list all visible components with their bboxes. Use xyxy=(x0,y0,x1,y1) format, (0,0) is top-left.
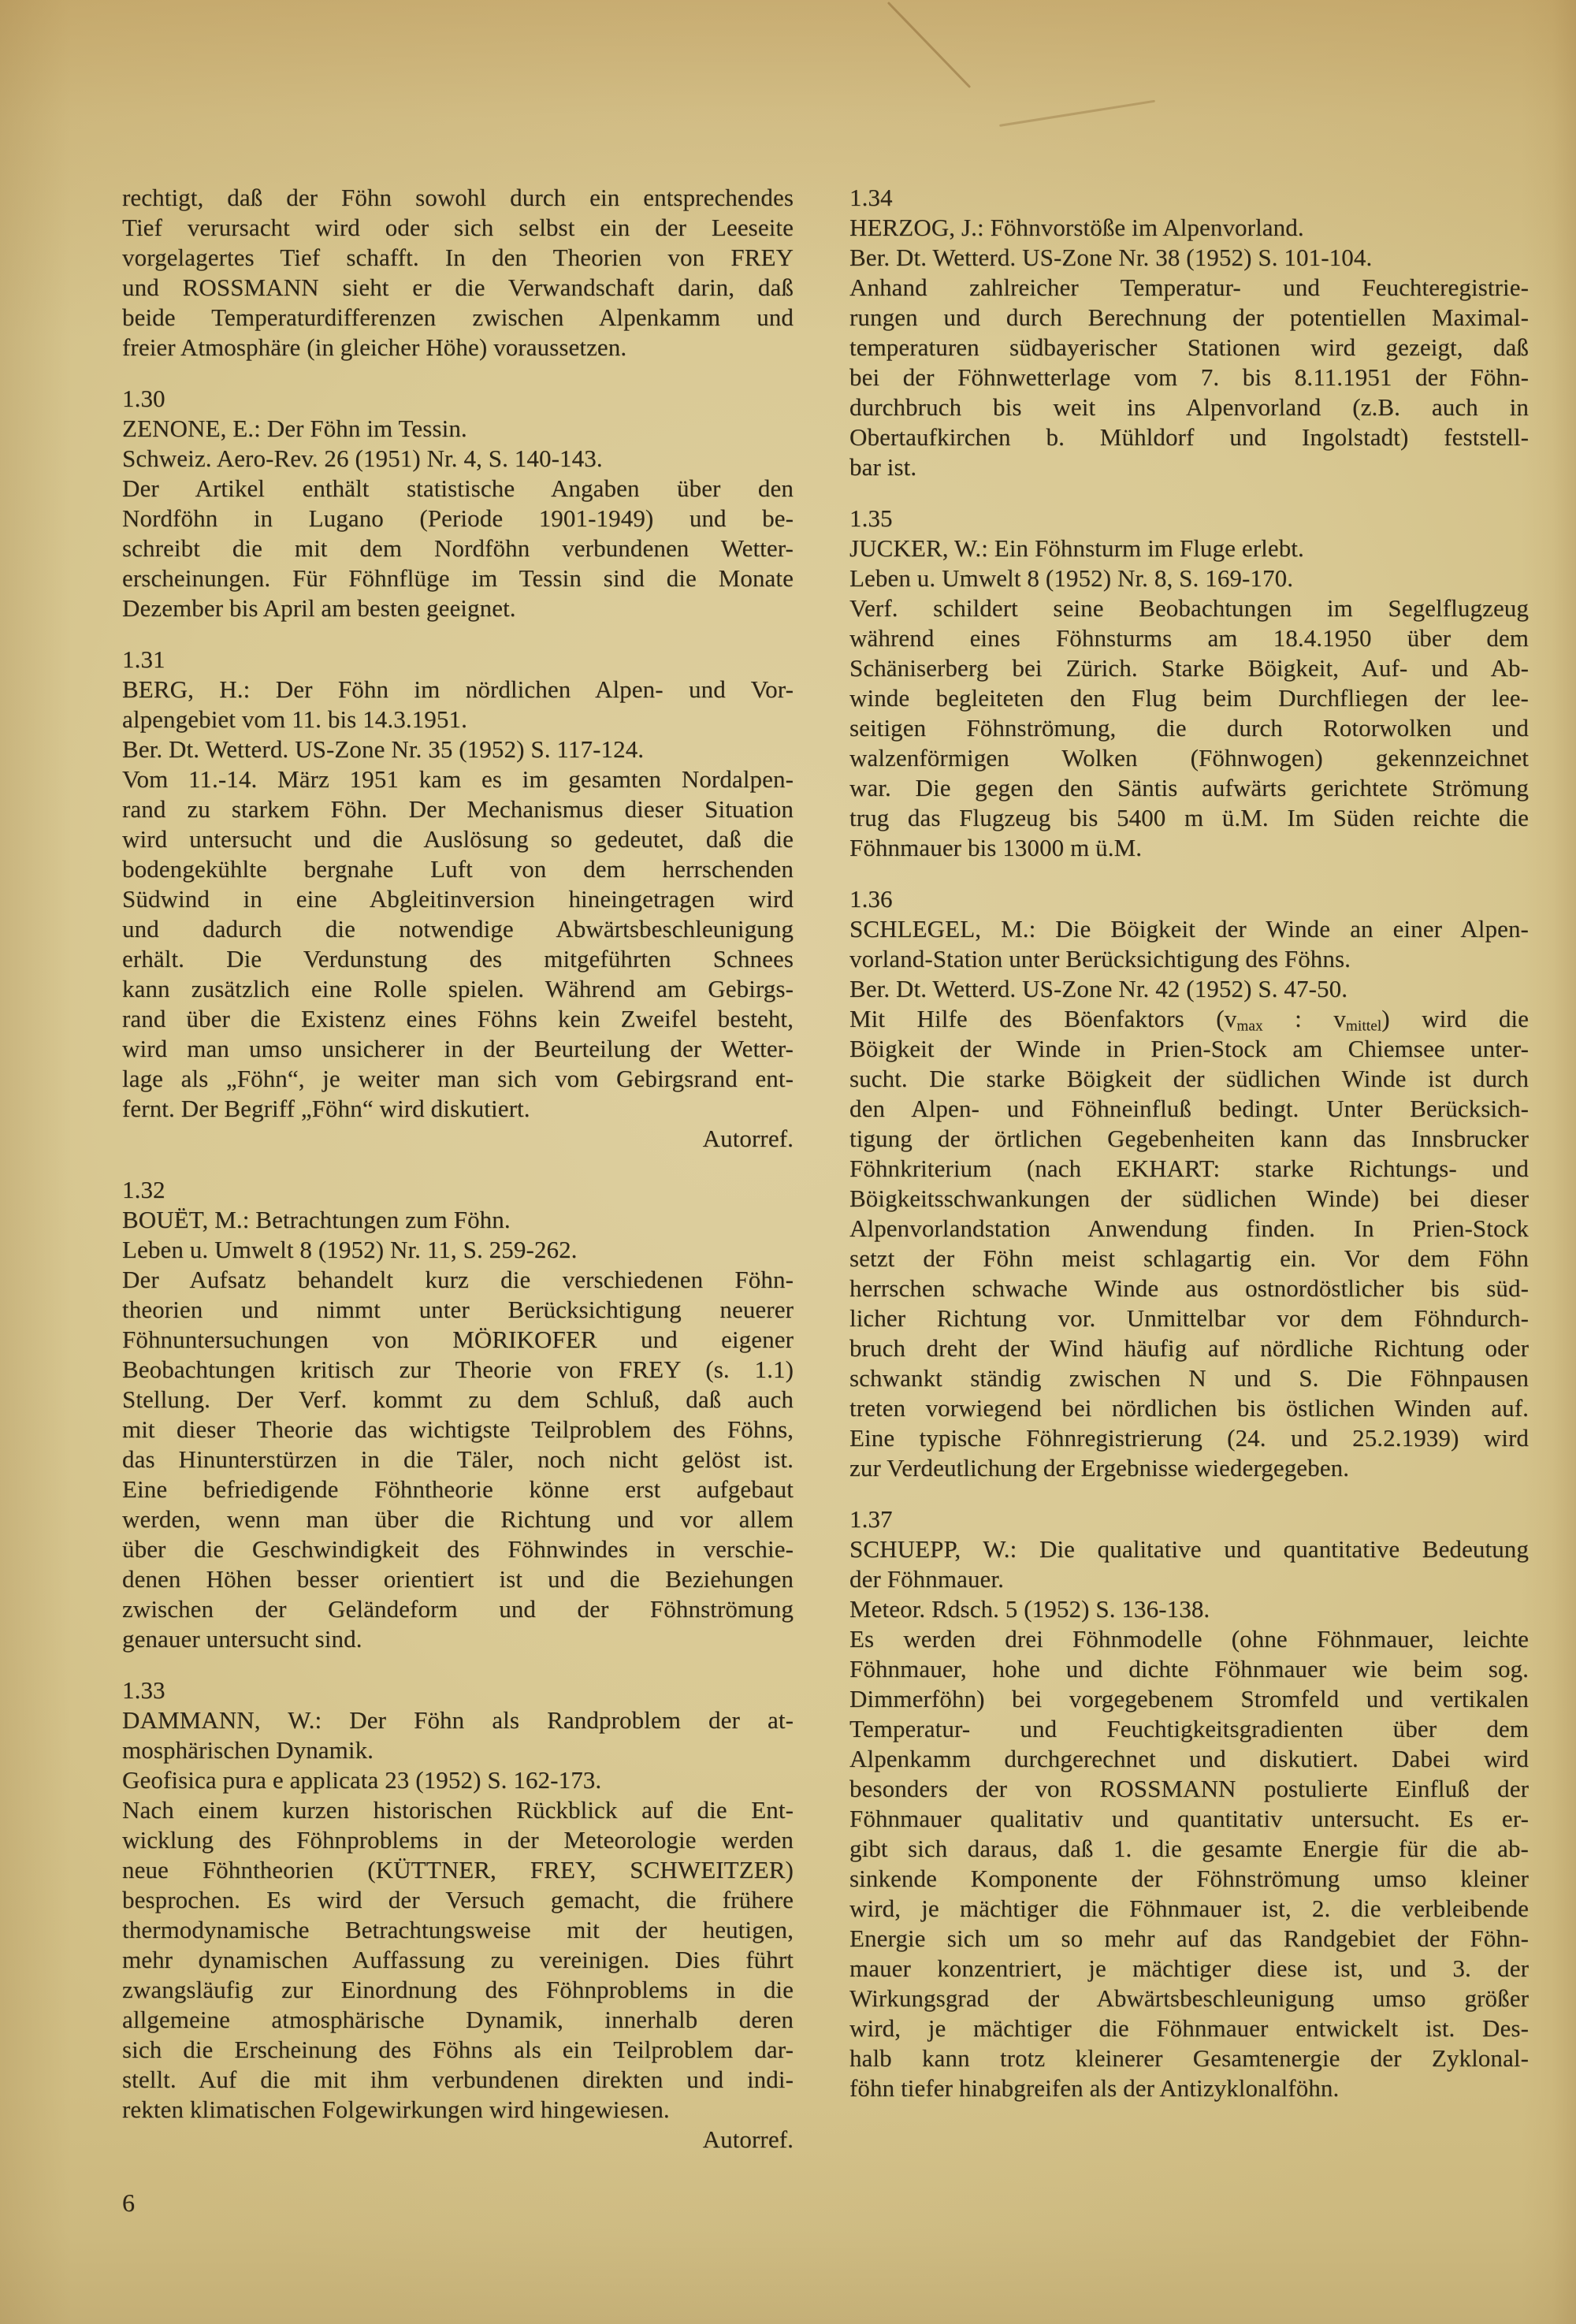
entry-body-line: Eine typische Föhnregistrierung (24. und… xyxy=(849,1423,1529,1453)
entry-body-line: stellt. Auf die mit ihm verbundenen dire… xyxy=(122,2065,794,2095)
entry-body-line: neue Föhntheorien (KÜTTNER, FREY, SCHWEI… xyxy=(122,1855,794,1885)
entry-body-line: walzenförmigen Wolken (Föhnwogen) gekenn… xyxy=(849,743,1529,773)
entry-body-line: Anhand zahlreicher Temperatur- und Feuch… xyxy=(849,273,1529,303)
entry-body-line: Stellung. Der Verf. kommt zu dem Schluß,… xyxy=(122,1385,794,1415)
entry-body-line: Wirkungsgrad der Abwärtsbeschleunigung u… xyxy=(849,1984,1529,2014)
entry-title-line: ZENONE, E.: Der Föhn im Tessin. xyxy=(122,414,794,444)
entry-body-line: temperaturen südbayerischer Stationen wi… xyxy=(849,333,1529,363)
entry-source-line: Schweiz. Aero-Rev. 26 (1951) Nr. 4, S. 1… xyxy=(122,444,794,474)
entry-body-line: freier Atmosphäre (in gleicher Höhe) vor… xyxy=(122,333,794,363)
entry-body-line: Vom 11.-14. März 1951 kam es im gesamten… xyxy=(122,764,794,794)
entry-body-line: erhält. Die Verdunstung des mitgeführten… xyxy=(122,944,794,974)
entry-body-line: Nordföhn in Lugano (Periode 1901-1949) u… xyxy=(122,504,794,534)
entry-title-line: mosphärischen Dynamik. xyxy=(122,1735,794,1765)
entry-body-line: licher Richtung vor. Unmittelbar vor dem… xyxy=(849,1303,1529,1333)
entry-body-line: Dezember bis April am besten geeignet. xyxy=(122,593,794,623)
entry-body-line: Obertaufkirchen b. Mühldorf und Ingolsta… xyxy=(849,422,1529,452)
entry-body-line: den Alpen- und Föhneinfluß bedingt. Unte… xyxy=(849,1094,1529,1124)
entry-body-line: Südwind in eine Abgleitinversion hineing… xyxy=(122,884,794,914)
entry-body-line: Alpenvorlandstation Anwendung finden. In… xyxy=(849,1214,1529,1244)
entry-title-line: BERG, H.: Der Föhn im nördlichen Alpen- … xyxy=(122,675,794,705)
entry-body-line: Beobachtungen kritisch zur Theorie von F… xyxy=(122,1355,794,1385)
entry-body-line: rand über die Existenz eines Föhns kein … xyxy=(122,1004,794,1034)
entry-source-line: Leben u. Umwelt 8 (1952) Nr. 11, S. 259-… xyxy=(122,1235,794,1265)
entry-title-line: HERZOG, J.: Föhnvorstöße im Alpenvorland… xyxy=(849,213,1529,243)
entry-body-line: mit dieser Theorie das wichtigste Teilpr… xyxy=(122,1415,794,1445)
entry-title-line: vorland-Station unter Berücksichtigung d… xyxy=(849,944,1529,974)
entry-body-line: wird man umso unsicherer in der Beurteil… xyxy=(122,1034,794,1064)
entry-body-line: sich die Erscheinung des Föhns als ein T… xyxy=(122,2035,794,2065)
entry-body-line: zur Verdeutlichung der Ergebnisse wieder… xyxy=(849,1453,1529,1483)
continuation-paragraph: rechtigt, daß der Föhn sowohl durch ein … xyxy=(122,183,794,363)
entry-body-line: bodengekühlte bergnahe Luft von dem herr… xyxy=(122,854,794,884)
entry-body-line: Eine befriedigende Föhntheorie könne ers… xyxy=(122,1474,794,1504)
entry-body-line: Föhnmauer qualitativ und quantitativ unt… xyxy=(849,1804,1529,1834)
bib-entry: 1.35JUCKER, W.: Ein Föhnsturm im Fluge e… xyxy=(849,504,1529,863)
entry-body-line: setzt der Föhn meist schlagartig ein. Vo… xyxy=(849,1244,1529,1274)
entry-number: 1.32 xyxy=(122,1175,794,1205)
entry-body-line: schreibt die mit dem Nordföhn verbundene… xyxy=(122,534,794,563)
bib-entry: 1.34HERZOG, J.: Föhnvorstöße im Alpenvor… xyxy=(849,183,1529,482)
entries-right: 1.34HERZOG, J.: Föhnvorstöße im Alpenvor… xyxy=(849,183,1529,2103)
entry-body-line: Nach einem kurzen historischen Rückblick… xyxy=(122,1795,794,1825)
entry-body-line: herrschen schwache Winde aus ostnordöstl… xyxy=(849,1274,1529,1303)
entry-body-line: Verf. schildert seine Beobachtungen im S… xyxy=(849,593,1529,623)
bib-entry: 1.31BERG, H.: Der Föhn im nördlichen Alp… xyxy=(122,645,794,1154)
entry-source-line: Ber. Dt. Wetterd. US-Zone Nr. 35 (1952) … xyxy=(122,734,794,764)
entry-number: 1.31 xyxy=(122,645,794,675)
entry-title-line: SCHUEPP, W.: Die qualitative und quantit… xyxy=(849,1534,1529,1564)
entry-body-line: bei der Föhnwetterlage vom 7. bis 8.11.1… xyxy=(849,363,1529,392)
bib-entry: 1.33DAMMANN, W.: Der Föhn als Randproble… xyxy=(122,1675,794,2155)
entry-body-line: durchbruch bis weit ins Alpenvorland (z.… xyxy=(849,392,1529,422)
entry-body-line: Alpenkamm durchgerechnet und diskutiert.… xyxy=(849,1744,1529,1774)
entry-body-line: treten vorwiegend bei nördlichen bis öst… xyxy=(849,1393,1529,1423)
entry-body-line: Dimmerföhn) bei vorgegebenem Stromfeld u… xyxy=(849,1684,1529,1714)
entry-body-line: werden, wenn man über die Richtung und v… xyxy=(122,1504,794,1534)
entry-body-line: war. Die gegen den Säntis aufwärts geric… xyxy=(849,773,1529,803)
entry-body-line: Der Aufsatz behandelt kurz die verschied… xyxy=(122,1265,794,1295)
column-right: 1.34HERZOG, J.: Föhnvorstöße im Alpenvor… xyxy=(849,183,1529,2103)
entry-number: 1.36 xyxy=(849,884,1529,914)
entry-body-line: wird, je mächtiger die Föhnmauer ist, 2.… xyxy=(849,1894,1529,1924)
entry-body-line: theorien und nimmt unter Berücksichtigun… xyxy=(122,1295,794,1325)
entry-body-line: Schäniserberg bei Zürich. Starke Böigkei… xyxy=(849,653,1529,683)
entry-body-line: zwangsläufig zur Einordnung des Föhnprob… xyxy=(122,1975,794,2005)
bib-entry: 1.37SCHUEPP, W.: Die qualitative und qua… xyxy=(849,1504,1529,2103)
entry-body-line: allgemeine atmosphärische Dynamik, inner… xyxy=(122,2005,794,2035)
entry-body-line: seitigen Föhnströmung, die durch Rotorwo… xyxy=(849,713,1529,743)
entry-number: 1.34 xyxy=(849,183,1529,213)
entry-body-line: lage als „Föhn“, je weiter man sich vom … xyxy=(122,1064,794,1094)
entry-body-line: Temperatur- und Feuchtigkeitsgradienten … xyxy=(849,1714,1529,1744)
entry-body-line: bar ist. xyxy=(849,452,1529,482)
entry-source-line: Ber. Dt. Wetterd. US-Zone Nr. 42 (1952) … xyxy=(849,974,1529,1004)
entry-body-line: und ROSSMANN sieht er die Verwandschaft … xyxy=(122,273,794,303)
entry-title-line: BOUËT, M.: Betrachtungen zum Föhn. xyxy=(122,1205,794,1235)
entry-source-line: Ber. Dt. Wetterd. US-Zone Nr. 38 (1952) … xyxy=(849,243,1529,273)
entry-body-line: besonders der von ROSSMANN postulierte E… xyxy=(849,1774,1529,1804)
scratch-mark xyxy=(887,2,971,88)
bib-entry: 1.36SCHLEGEL, M.: Die Böigkeit der Winde… xyxy=(849,884,1529,1483)
bib-entry: 1.32BOUËT, M.: Betrachtungen zum Föhn.Le… xyxy=(122,1175,794,1654)
bib-entry: 1.30ZENONE, E.: Der Föhn im Tessin.Schwe… xyxy=(122,384,794,623)
entry-body-line: Energie sich um so mehr auf das Randgebi… xyxy=(849,1924,1529,1954)
entry-tail: Autorref. xyxy=(122,2125,794,2155)
entry-title-line: SCHLEGEL, M.: Die Böigkeit der Winde an … xyxy=(849,914,1529,944)
entry-body-line: kann zusätzlich eine Rolle spielen. Währ… xyxy=(122,974,794,1004)
entry-body-line: rand zu starkem Föhn. Der Mechanismus di… xyxy=(122,794,794,824)
entry-number: 1.37 xyxy=(849,1504,1529,1534)
entry-body-line: Föhnkriterium (nach EKHART: starke Richt… xyxy=(849,1154,1529,1184)
entry-body-line: Der Artikel enthält statistische Angaben… xyxy=(122,474,794,504)
entry-source-line: Meteor. Rdsch. 5 (1952) S. 136-138. xyxy=(849,1594,1529,1624)
entry-body-line: das Hinunterstürzen in die Täler, noch n… xyxy=(122,1445,794,1474)
book-page: rechtigt, daß der Föhn sowohl durch ein … xyxy=(0,0,1576,2324)
entry-body-line: schwankt ständig zwischen N und S. Die F… xyxy=(849,1363,1529,1393)
entry-source-line: Geofisica pura e applicata 23 (1952) S. … xyxy=(122,1765,794,1795)
page-number: 6 xyxy=(122,2188,794,2218)
entry-number: 1.33 xyxy=(122,1675,794,1705)
entry-body-line: Föhnmauer bis 13000 m ü.M. xyxy=(849,833,1529,863)
entry-body-line: Föhnuntersuchungen von MÖRIKOFER und eig… xyxy=(122,1325,794,1355)
entry-body-line: genauer untersucht sind. xyxy=(122,1624,794,1654)
entry-title-line: der Föhnmauer. xyxy=(849,1564,1529,1594)
entry-body-line: Föhnmauer, hohe und dichte Föhnmauer wie… xyxy=(849,1654,1529,1684)
entry-body-line: rungen und durch Berechnung der potentie… xyxy=(849,303,1529,333)
entry-body-line: und dadurch die notwendige Abwärtsbeschl… xyxy=(122,914,794,944)
entry-body-line: halb kann trotz kleinerer Gesamtenergie … xyxy=(849,2043,1529,2073)
entry-body-line: erscheinungen. Für Föhnflüge im Tessin s… xyxy=(122,563,794,593)
entry-body-line: Es werden drei Föhnmodelle (ohne Föhnmau… xyxy=(849,1624,1529,1654)
entry-body-line: mauer konzentriert, je mächtiger diese i… xyxy=(849,1954,1529,1984)
entry-body-line: fernt. Der Begriff „Föhn“ wird diskutier… xyxy=(122,1094,794,1124)
entry-body-line: während eines Föhnsturms am 18.4.1950 üb… xyxy=(849,623,1529,653)
entry-body-line: tigung der örtlichen Gegebenheiten kann … xyxy=(849,1124,1529,1154)
entry-title-line: alpengebiet vom 11. bis 14.3.1951. xyxy=(122,705,794,734)
entry-body-line: über die Geschwindigkeit des Föhnwindes … xyxy=(122,1534,794,1564)
entry-body-line: Mit Hilfe des Böenfaktors (vmax : vmitte… xyxy=(849,1004,1529,1034)
column-left: rechtigt, daß der Föhn sowohl durch ein … xyxy=(122,183,794,2218)
entry-body-line: winde begleiteten den Flug beim Durchfli… xyxy=(849,683,1529,713)
scratch-mark xyxy=(999,100,1155,127)
entry-body-line: bruch dreht der Wind häufig auf nördlich… xyxy=(849,1333,1529,1363)
entry-body-line: besprochen. Es wird der Versuch gemacht,… xyxy=(122,1885,794,1915)
entry-body-line: föhn tiefer hinabgreifen als der Antizyk… xyxy=(849,2073,1529,2103)
entry-number: 1.35 xyxy=(849,504,1529,534)
entry-number: 1.30 xyxy=(122,384,794,414)
entry-body-line: thermodynamische Betrachtungsweise mit d… xyxy=(122,1915,794,1945)
entries-left: rechtigt, daß der Föhn sowohl durch ein … xyxy=(122,183,794,2155)
entry-body-line: Böigkeitsschwankungen der südlichen Wind… xyxy=(849,1184,1529,1214)
entry-tail: Autorref. xyxy=(122,1124,794,1154)
entry-body-line: rekten klimatischen Folgewirkungen wird … xyxy=(122,2095,794,2125)
entry-body-line: wird untersucht und die Auslösung so ged… xyxy=(122,824,794,854)
entry-body-line: sinkende Komponente der Föhnströmung ums… xyxy=(849,1864,1529,1894)
entry-body-line: sucht. Die starke Böigkeit der südlichen… xyxy=(849,1064,1529,1094)
entry-body-line: wicklung des Föhnproblems in der Meteoro… xyxy=(122,1825,794,1855)
entry-body-line: denen Höhen besser orientiert ist und di… xyxy=(122,1564,794,1594)
entry-title-line: DAMMANN, W.: Der Föhn als Randproblem de… xyxy=(122,1705,794,1735)
entry-body-line: rechtigt, daß der Föhn sowohl durch ein … xyxy=(122,183,794,213)
entry-body-line: trug das Flugzeug bis 5400 m ü.M. Im Süd… xyxy=(849,803,1529,833)
entry-body-line: zwischen der Geländeform und der Föhnstr… xyxy=(122,1594,794,1624)
entry-body-line: beide Temperaturdifferenzen zwischen Alp… xyxy=(122,303,794,333)
entry-body-line: mehr dynamischen Auffassung zu vereinige… xyxy=(122,1945,794,1975)
entry-body-line: gibt sich daraus, daß 1. die gesamte Ene… xyxy=(849,1834,1529,1864)
entry-body-line: vorgelagertes Tief schafft. In den Theor… xyxy=(122,243,794,273)
entry-body-line: Böigkeit der Winde in Prien-Stock am Chi… xyxy=(849,1034,1529,1064)
entry-body-line: Tief verursacht wird oder sich selbst ei… xyxy=(122,213,794,243)
entry-body-line: wird, je mächtiger die Föhnmauer entwick… xyxy=(849,2014,1529,2043)
entry-source-line: Leben u. Umwelt 8 (1952) Nr. 8, S. 169-1… xyxy=(849,563,1529,593)
entry-title-line: JUCKER, W.: Ein Föhnsturm im Fluge erleb… xyxy=(849,534,1529,563)
